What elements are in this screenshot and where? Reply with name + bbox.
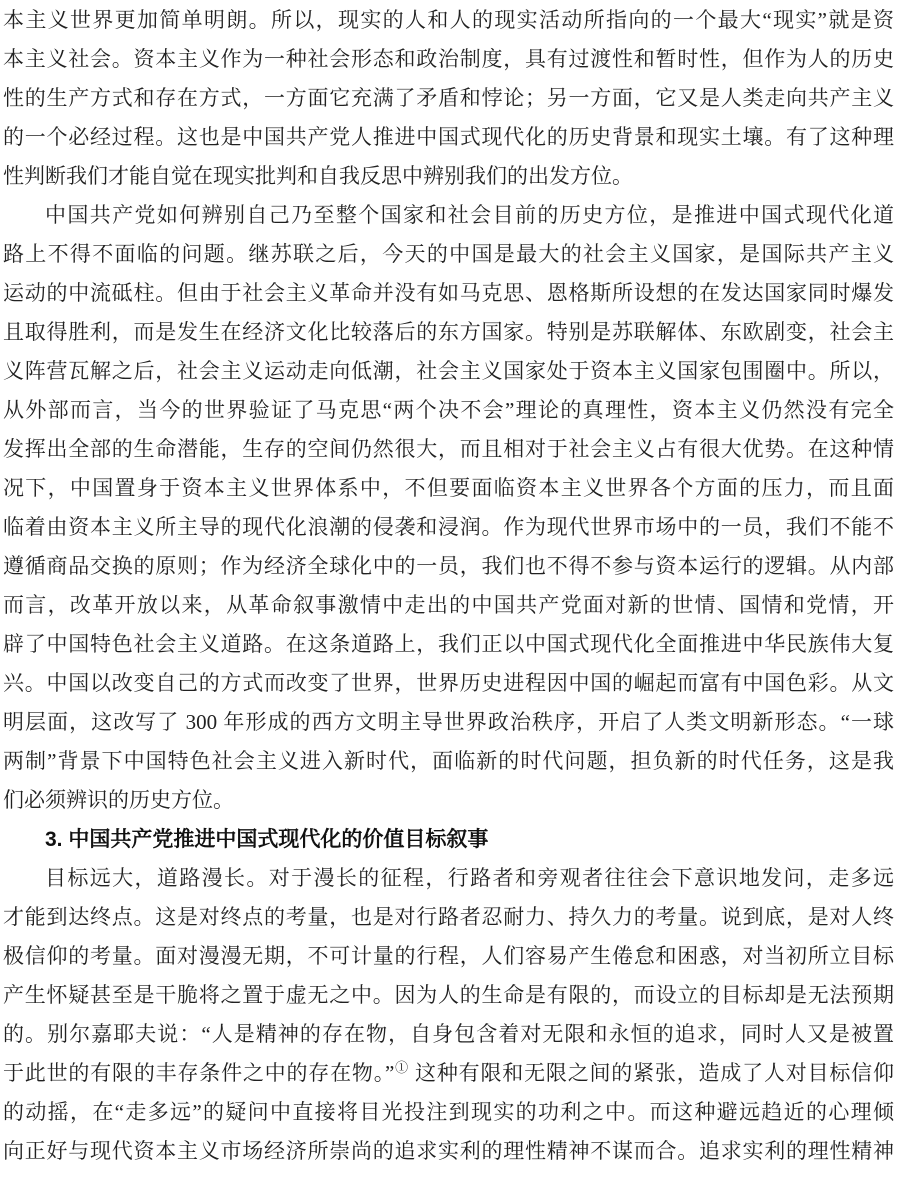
text-line: 的一个必经过程。这也是中国共产党人推进中国式现代化的历史背景和现实土壤。有了这种… <box>3 118 894 157</box>
text-line: 临着由资本主义所主导的现代化浪潮的侵袭和浸润。作为现代世界市场中的一员，我们不能… <box>3 508 894 547</box>
document-page: 本主义世界更加简单明朗。所以，现实的人和人的现实活动所指向的一个最大“现实”就是… <box>0 0 900 1180</box>
text-line: 路上不得不面临的问题。继苏联之后，今天的中国是最大的社会主义国家，是国际共产主义 <box>3 235 894 274</box>
text-line: 从外部而言，当今的世界验证了马克思“两个决不会”理论的真理性，资本主义仍然没有完… <box>3 391 894 430</box>
section-heading-3: 3. 中国共产党推进中国式现代化的价值目标叙事 <box>3 820 894 859</box>
text-line: 遵循商品交换的原则；作为经济全球化中的一员，我们也不得不参与资本运行的逻辑。从内… <box>3 547 894 586</box>
text-line: 中国共产党如何辨别自己乃至整个国家和社会目前的历史方位，是推进中国式现代化道 <box>3 196 894 235</box>
text-line: 且取得胜利，而是发生在经济文化比较落后的东方国家。特别是苏联解体、东欧剧变，社会… <box>3 313 894 352</box>
footnote-ref-1: ① <box>394 1060 409 1075</box>
text-line: 的动摇，在“走多远”的疑问中直接将目光投注到现实的功利之中。而这种避远趋近的心理… <box>3 1093 894 1132</box>
text-line: 极信仰的考量。面对漫漫无期，不可计量的行程，人们容易产生倦怠和困惑，对当初所立目… <box>3 937 894 976</box>
paragraph-2: 中国共产党如何辨别自己乃至整个国家和社会目前的历史方位，是推进中国式现代化道路上… <box>3 196 894 820</box>
text-line: 兴。中国以改变自己的方式而改变了世界，世界历史进程因中国的崛起而富有中国色彩。从… <box>3 664 894 703</box>
text-line: 而言，改革开放以来，从革命叙事激情中走出的中国共产党面对新的世情、国情和党情，开 <box>3 586 894 625</box>
text-line: 产生怀疑甚至是干脆将之置于虚无之中。因为人的生命是有限的，而设立的目标却是无法预… <box>3 976 894 1015</box>
text-line: 目标远大，道路漫长。对于漫长的征程，行路者和旁观者往往会下意识地发问，走多远 <box>3 859 894 898</box>
text-line: 们必须辨识的历史方位。 <box>3 781 894 820</box>
paragraph-3: 目标远大，道路漫长。对于漫长的征程，行路者和旁观者往往会下意识地发问，走多远才能… <box>3 859 894 1171</box>
text-line: 发挥出全部的生命潜能，生存的空间仍然很大，而且相对于社会主义占有很大优势。在这种… <box>3 430 894 469</box>
text-line: 两制”背景下中国特色社会主义进入新时代，面临新的时代问题，担负新的时代任务，这是… <box>3 742 894 781</box>
text-line: 才能到达终点。这是对终点的考量，也是对行路者忍耐力、持久力的考量。说到底，是对人… <box>3 898 894 937</box>
document-body: 本主义世界更加简单明朗。所以，现实的人和人的现实活动所指向的一个最大“现实”就是… <box>3 1 894 1171</box>
paragraph-1: 本主义世界更加简单明朗。所以，现实的人和人的现实活动所指向的一个最大“现实”就是… <box>3 1 894 196</box>
text-line: 明层面，这改写了 300 年形成的西方文明主导世界政治秩序，开启了人类文明新形态… <box>3 703 894 742</box>
text-line: 运动的中流砥柱。但由于社会主义革命并没有如马克思、恩格斯所设想的在发达国家同时爆… <box>3 274 894 313</box>
text-line: 义阵营瓦解之后，社会主义运动走向低潮，社会主义国家处于资本主义国家包围圈中。所以… <box>3 352 894 391</box>
text-line: 的。别尔嘉耶夫说：“人是精神的存在物，自身包含着对无限和永恒的追求，同时人又是被… <box>3 1015 894 1054</box>
text-line: 性判断我们才能自觉在现实批判和自我反思中辨别我们的出发方位。 <box>3 157 894 196</box>
heading-line: 3. 中国共产党推进中国式现代化的价值目标叙事 <box>3 820 894 859</box>
text-line: 辟了中国特色社会主义道路。在这条道路上，我们正以中国式现代化全面推进中华民族伟大… <box>3 625 894 664</box>
text-line: 向正好与现代资本主义市场经济所崇尚的追求实利的理性精神不谋而合。追求实利的理性精… <box>3 1132 894 1171</box>
text-line: 性的生产方式和存在方式，一方面它充满了矛盾和悖论；另一方面，它又是人类走向共产主… <box>3 79 894 118</box>
text-line: 本主义世界更加简单明朗。所以，现实的人和人的现实活动所指向的一个最大“现实”就是… <box>3 1 894 40</box>
text-line: 况下，中国置身于资本主义世界体系中，不但要面临资本主义世界各个方面的压力，而且面 <box>3 469 894 508</box>
text-line: 本主义社会。资本主义作为一种社会形态和政治制度，具有过渡性和暂时性，但作为人的历… <box>3 40 894 79</box>
text-line: 于此世的有限的丰存条件之中的存在物。”① 这种有限和无限之间的紧张，造成了人对目… <box>3 1054 894 1093</box>
